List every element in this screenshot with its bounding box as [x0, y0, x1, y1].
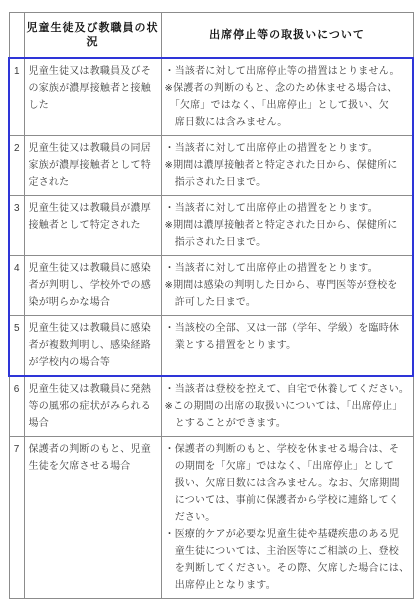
attendance-policy-table: 児童生徒及び教職員の状況 出席停止等の取扱いについて 1 児童生徒又は教職員及び…: [8, 12, 414, 599]
handling-cell: ・当該校の全部、又は一部（学年、学級）を臨時休 業とする措置をとります。: [161, 316, 413, 377]
row-number: 1: [9, 58, 24, 136]
table-row-6: 6 児童生徒又は教職員に発熱 等の風邪の症状がみられる 場合 ・当該者は登校を控…: [9, 376, 413, 437]
situation-cell: 児童生徒又は教職員が濃厚 接触者として特定された: [24, 196, 161, 256]
row-number: 6: [9, 376, 24, 437]
row-number: 3: [9, 196, 24, 256]
situation-cell: 児童生徒又は教職員に発熱 等の風邪の症状がみられる 場合: [24, 376, 161, 437]
situation-cell: 児童生徒又は教職員に感染 者が判明し、学校外での感 染が明らかな場合: [24, 256, 161, 316]
row-number: 2: [9, 136, 24, 196]
handling-cell: ・当該者に対して出席停止の措置をとります。 ※期間は濃厚接触者と特定された日から…: [161, 196, 413, 256]
table-row-1: 1 児童生徒又は教職員及びそ の家族が濃厚接触者と接触 した ・当該者に対して出…: [9, 58, 413, 136]
handling-cell: ・当該者に対して出席停止等の措置はとりません。 ※保護者の判断のもと、念のため休…: [161, 58, 413, 136]
header-situation: 児童生徒及び教職員の状況: [24, 13, 161, 59]
row-number: 5: [9, 316, 24, 377]
situation-cell: 保護者の判断のもと、児童 生徒を欠席させる場合: [24, 437, 161, 599]
table-row-3: 3 児童生徒又は教職員が濃厚 接触者として特定された ・当該者に対して出席停止の…: [9, 196, 413, 256]
table-row-2: 2 児童生徒又は教職員の同居 家族が濃厚接触者として特 定された ・当該者に対し…: [9, 136, 413, 196]
header-handling: 出席停止等の取扱いについて: [161, 13, 413, 59]
header-number-cell: [9, 13, 24, 59]
table-row-7: 7 保護者の判断のもと、児童 生徒を欠席させる場合 ・保護者の判断のもと、学校を…: [9, 437, 413, 599]
table-row-5: 5 児童生徒又は教職員に感染 者が複数判明し、感染経路 が学校内の場合等 ・当該…: [9, 316, 413, 377]
header-row: 児童生徒及び教職員の状況 出席停止等の取扱いについて: [9, 13, 413, 59]
situation-cell: 児童生徒又は教職員の同居 家族が濃厚接触者として特 定された: [24, 136, 161, 196]
row-number: 4: [9, 256, 24, 316]
table-row-4: 4 児童生徒又は教職員に感染 者が判明し、学校外での感 染が明らかな場合 ・当該…: [9, 256, 413, 316]
handling-cell: ・当該者は登校を控えて、自宅で休養してください。 ※この期間の出席の取扱いについ…: [161, 376, 413, 437]
situation-cell: 児童生徒又は教職員及びそ の家族が濃厚接触者と接触 した: [24, 58, 161, 136]
row-number: 7: [9, 437, 24, 599]
handling-cell: ・当該者に対して出席停止の措置をとります。 ※期間は濃厚接触者と特定された日から…: [161, 136, 413, 196]
situation-cell: 児童生徒又は教職員に感染 者が複数判明し、感染経路 が学校内の場合等: [24, 316, 161, 377]
handling-cell: ・保護者の判断のもと、学校を休ませる場合は、そ の期間を「欠席」ではなく、「出席…: [161, 437, 413, 599]
handling-cell: ・当該者に対して出席停止の措置をとります。 ※期間は感染の判明した日から、専門医…: [161, 256, 413, 316]
